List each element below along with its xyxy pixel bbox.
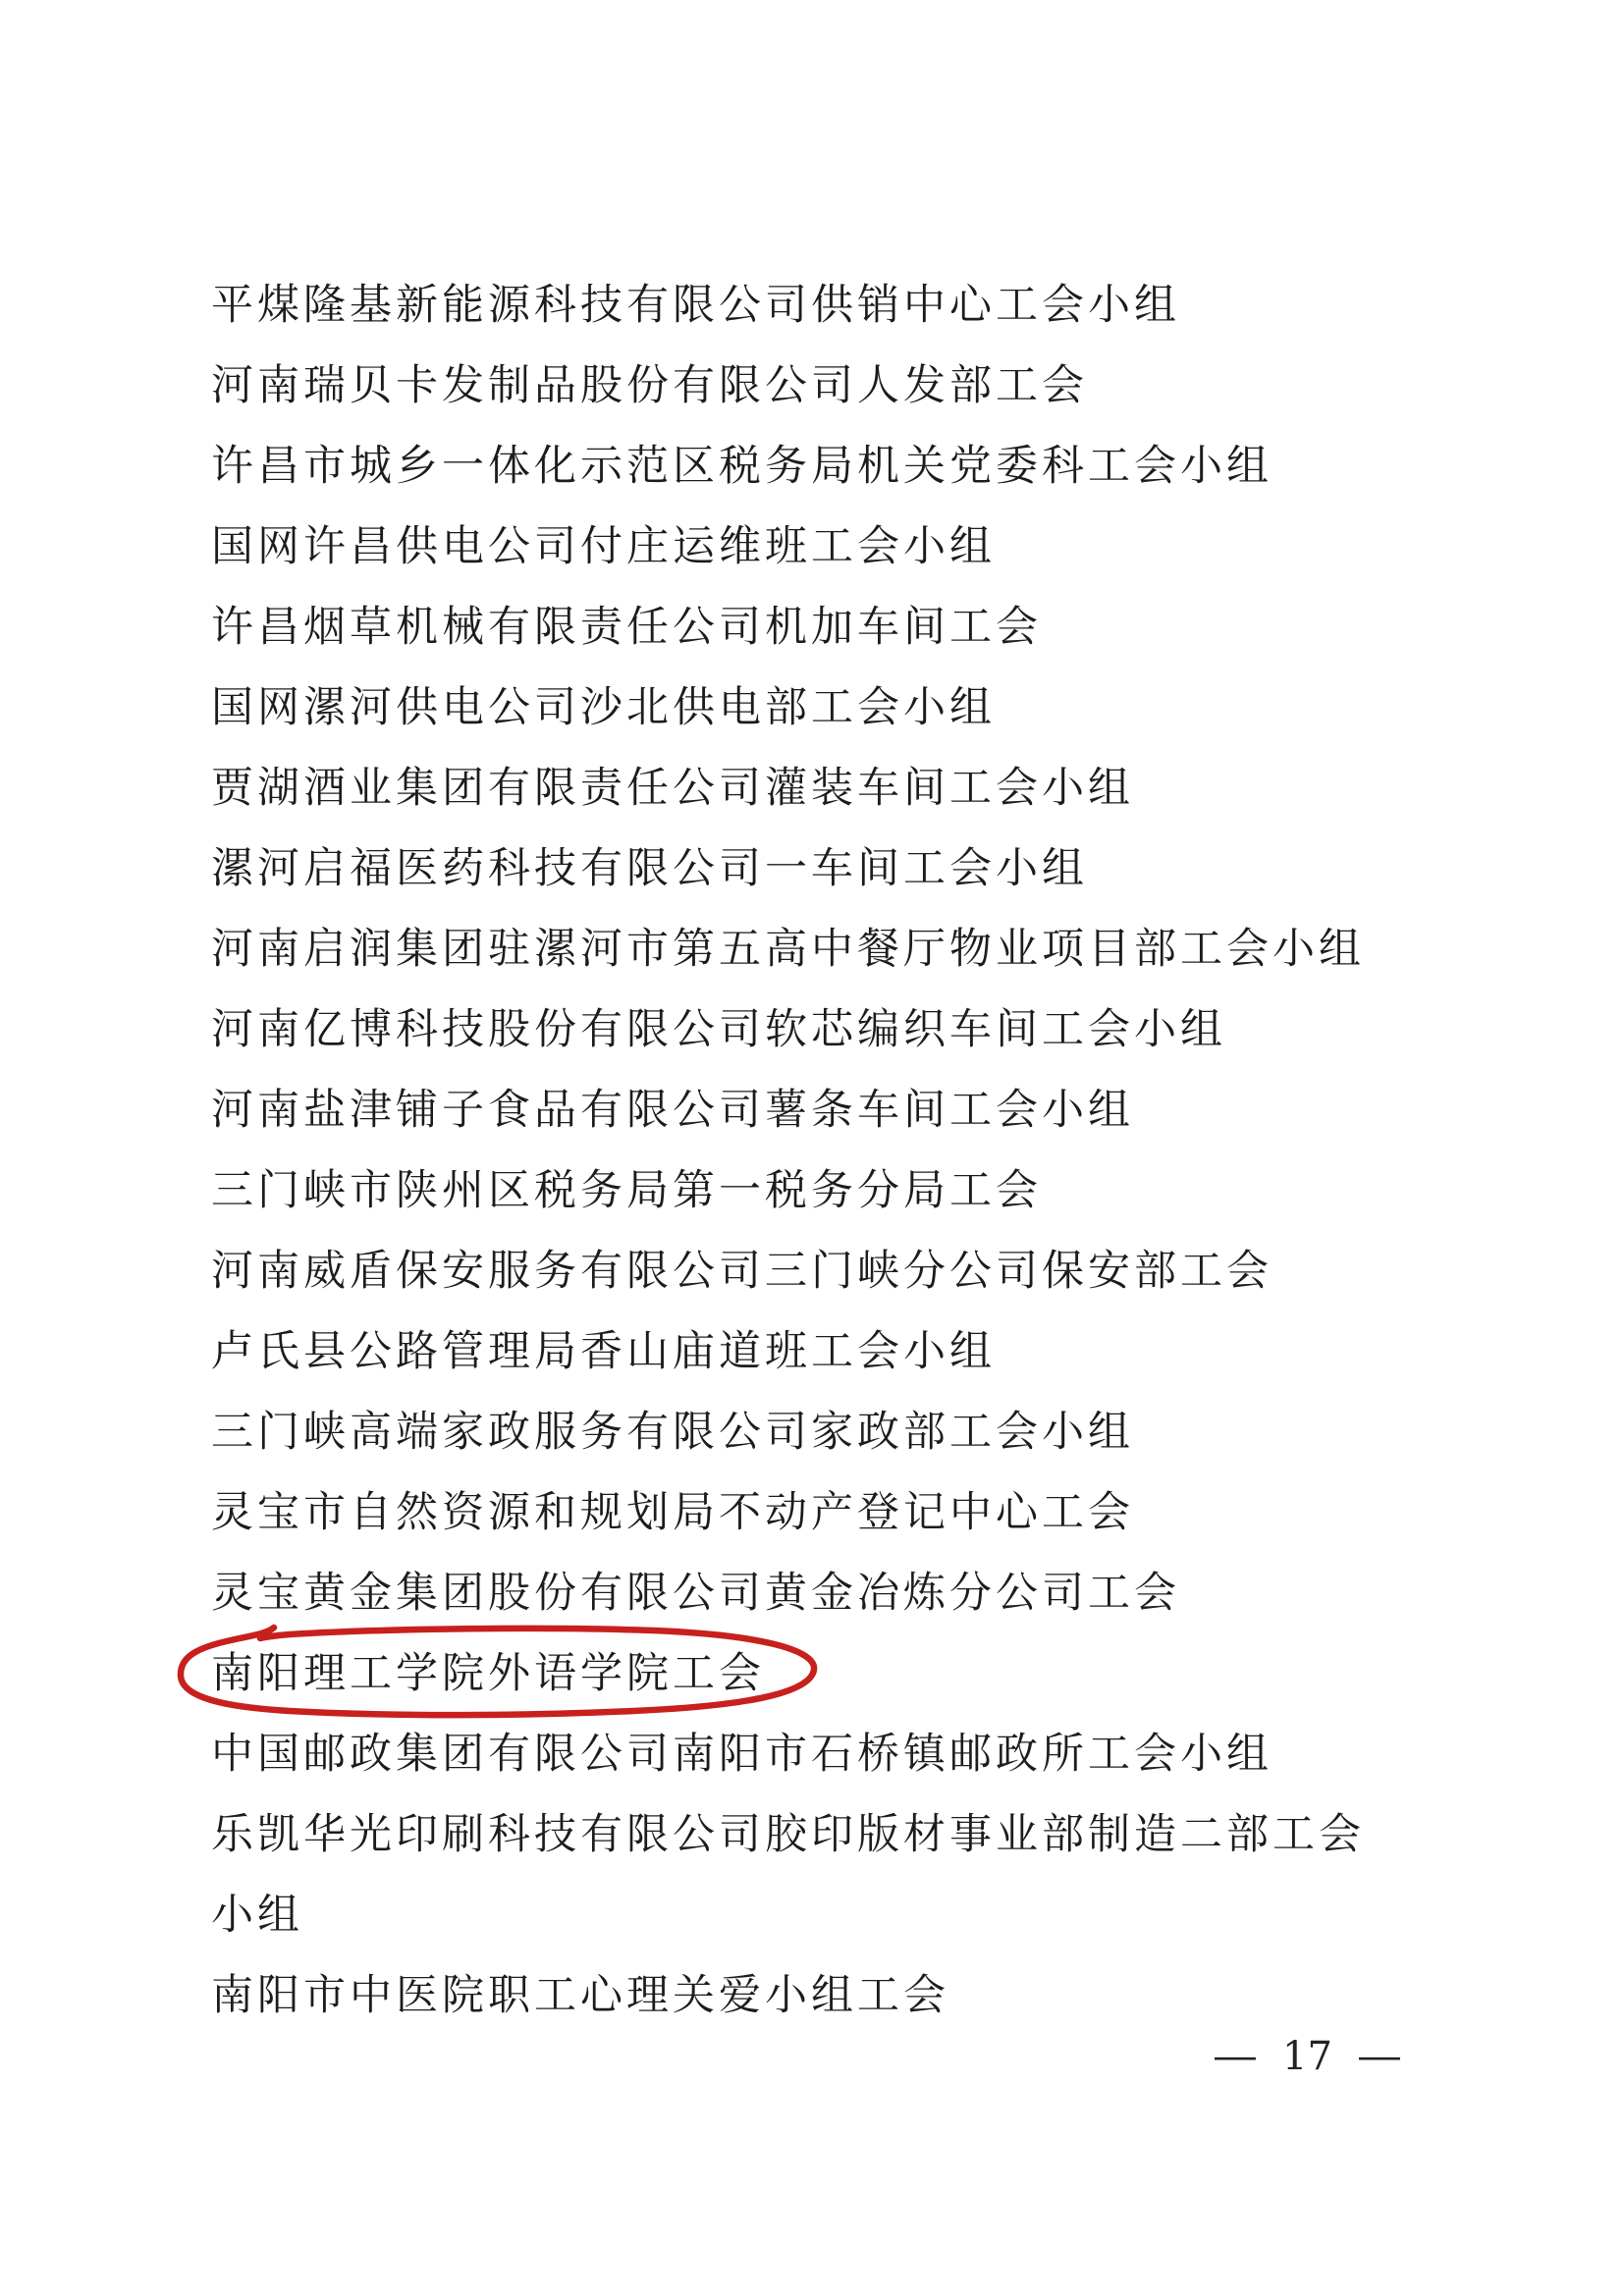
footer-left-dash: — xyxy=(1213,2034,1258,2079)
list-item: 漯河启福医药科技有限公司一车间工会小组 xyxy=(211,825,1365,905)
list-item: 平煤隆基新能源科技有限公司供销中心工会小组 xyxy=(211,261,1365,342)
union-group-list: 平煤隆基新能源科技有限公司供销中心工会小组 河南瑞贝卡发制品股份有限公司人发部工… xyxy=(211,261,1365,2032)
list-item: 中国邮政集团有限公司南阳市石桥镇邮政所工会小组 xyxy=(211,1710,1365,1790)
footer-right-dash: — xyxy=(1357,2034,1402,2079)
list-item: 许昌烟草机械有限责任公司机加车间工会 xyxy=(211,583,1365,664)
page-number: 17 xyxy=(1282,2034,1332,2079)
list-item: 贾湖酒业集团有限责任公司灌装车间工会小组 xyxy=(211,744,1365,825)
list-item: 灵宝市自然资源和规划局不动产登记中心工会 xyxy=(211,1468,1365,1549)
page-number-footer: — 17 — xyxy=(1216,2034,1399,2079)
list-item: 许昌市城乡一体化示范区税务局机关党委科工会小组 xyxy=(211,422,1365,503)
list-item: 河南启润集团驻漯河市第五高中餐厅物业项目部工会小组 xyxy=(211,905,1365,986)
list-item: 河南瑞贝卡发制品股份有限公司人发部工会 xyxy=(211,342,1365,422)
list-item: 南阳市中医院职工心理关爱小组工会 xyxy=(211,1951,1365,2032)
list-item: 国网许昌供电公司付庄运维班工会小组 xyxy=(211,503,1365,583)
circled-text: 南阳理工学院外语学院工会 xyxy=(211,1640,765,1700)
list-item: 小组 xyxy=(211,1871,1365,1951)
list-item: 三门峡市陕州区税务局第一税务分局工会 xyxy=(211,1147,1365,1227)
list-item: 乐凯华光印刷科技有限公司胶印版材事业部制造二部工会 xyxy=(211,1790,1365,1871)
list-item: 灵宝黄金集团股份有限公司黄金冶炼分公司工会 xyxy=(211,1549,1365,1629)
document-page: 平煤隆基新能源科技有限公司供销中心工会小组 河南瑞贝卡发制品股份有限公司人发部工… xyxy=(0,0,1624,2296)
list-item: 卢氏县公路管理局香山庙道班工会小组 xyxy=(211,1308,1365,1388)
list-item-circled: 南阳理工学院外语学院工会 xyxy=(211,1629,1365,1710)
list-item: 河南威盾保安服务有限公司三门峡分公司保安部工会 xyxy=(211,1227,1365,1308)
list-item: 三门峡高端家政服务有限公司家政部工会小组 xyxy=(211,1388,1365,1468)
list-item: 河南盐津铺子食品有限公司薯条车间工会小组 xyxy=(211,1066,1365,1147)
list-item: 国网漯河供电公司沙北供电部工会小组 xyxy=(211,664,1365,744)
list-item: 河南亿博科技股份有限公司软芯编织车间工会小组 xyxy=(211,986,1365,1066)
